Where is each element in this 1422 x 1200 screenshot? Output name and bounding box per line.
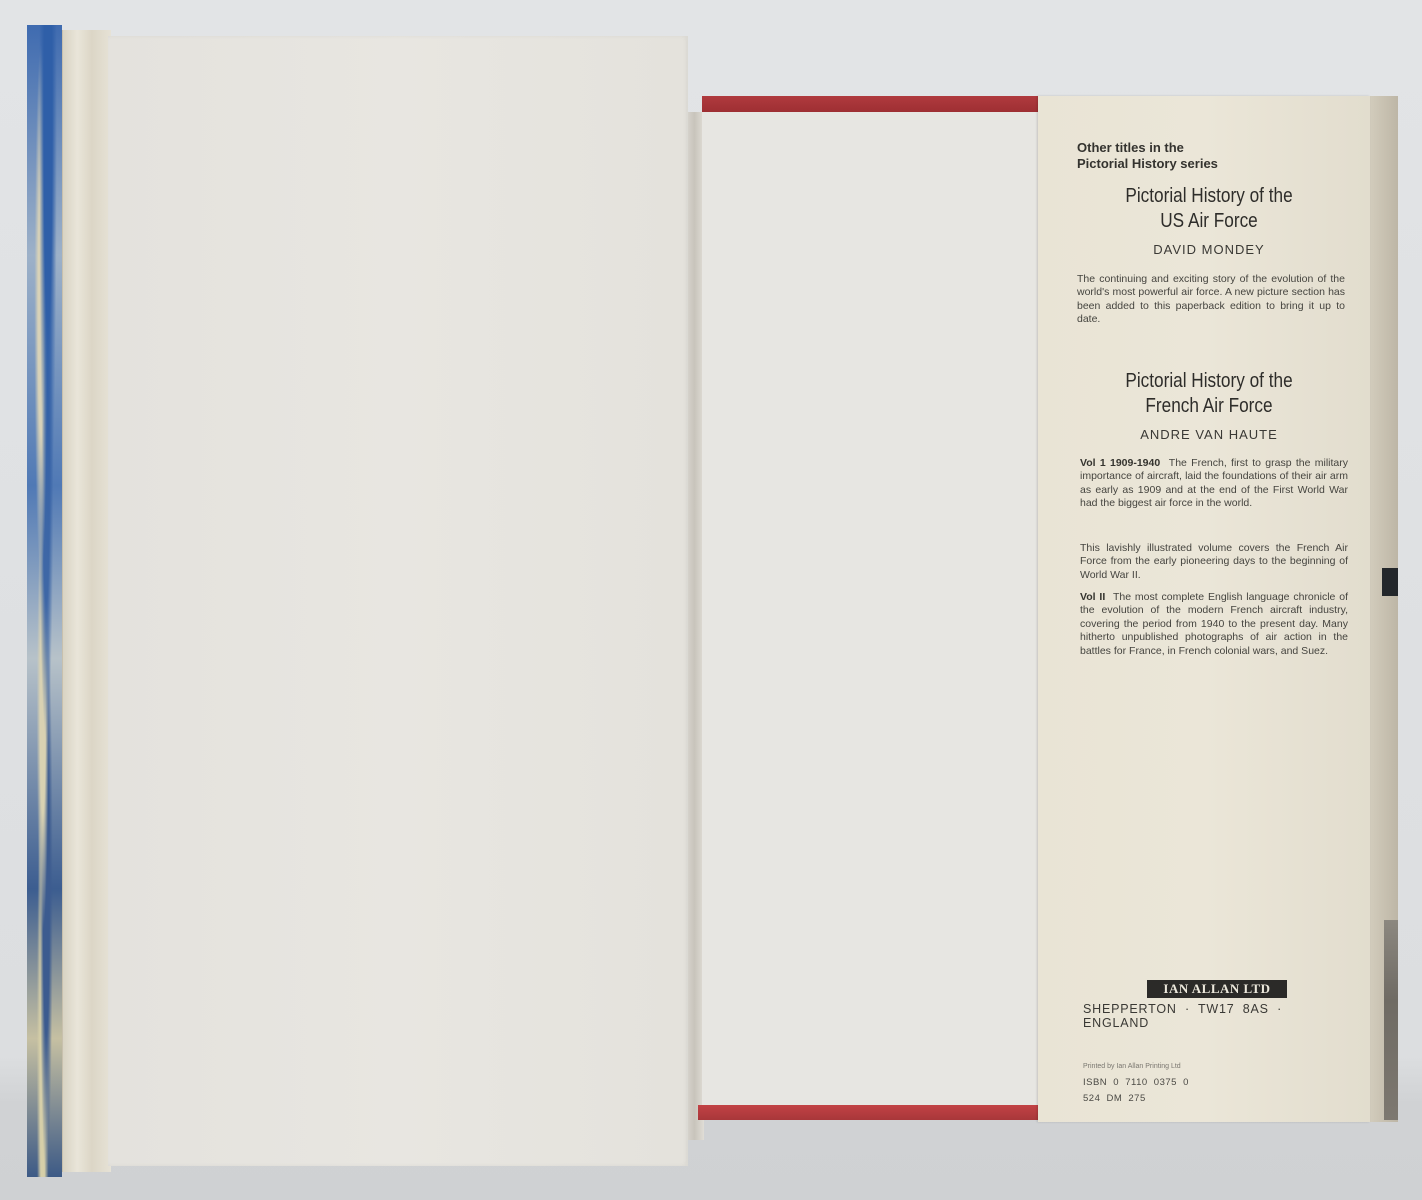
book-title-french-air-force: Pictorial History of the French Air Forc… — [1093, 369, 1325, 419]
isbn: ISBN 0 7110 0375 0 — [1083, 1077, 1189, 1088]
jacket-fold-mark — [1382, 568, 1398, 596]
series-heading: Other titles in the Pictorial History se… — [1077, 140, 1337, 172]
blurb-vol-2: Vol II The most complete English languag… — [1080, 591, 1348, 658]
printer-credit: Printed by Ian Allan Printing Ltd — [1083, 1063, 1181, 1070]
blurb-text: The continuing and exciting story of the… — [1077, 273, 1345, 325]
author-david-mondey: DAVID MONDEY — [1074, 242, 1344, 257]
right-endpaper — [702, 112, 1042, 1105]
blurb-text: The most complete English language chron… — [1080, 591, 1348, 657]
book-spine-cover-edge — [27, 25, 62, 1177]
jacket-back-edge — [1384, 920, 1398, 1120]
blurb-text: This lavishly illustrated volume covers … — [1080, 542, 1348, 581]
blurb-lavishly-illustrated: This lavishly illustrated volume covers … — [1080, 542, 1348, 582]
red-board-edge-bottom — [698, 1105, 1042, 1120]
title-line: Pictorial History of the — [1093, 184, 1325, 209]
catalogue-code: 524 DM 275 — [1083, 1093, 1146, 1104]
blurb-vol-1: Vol 1 1909-1940 The French, first to gra… — [1080, 457, 1348, 511]
vol-1-label: Vol 1 1909-1940 — [1080, 457, 1160, 469]
blurb-us-air-force: The continuing and exciting story of the… — [1077, 273, 1345, 327]
book-title-us-air-force: Pictorial History of the US Air Force — [1093, 184, 1325, 234]
series-heading-line: Other titles in the — [1077, 140, 1337, 156]
title-line: Pictorial History of the — [1093, 369, 1325, 394]
author-andre-van-haute: ANDRE VAN HAUTE — [1074, 427, 1344, 442]
publisher-address: SHEPPERTON · TW17 8AS · ENGLAND — [1083, 1002, 1353, 1030]
title-line: US Air Force — [1093, 209, 1325, 234]
series-heading-line: Pictorial History series — [1077, 156, 1337, 172]
title-line: French Air Force — [1093, 394, 1325, 419]
vol-2-label: Vol II — [1080, 591, 1105, 603]
left-endpaper — [108, 36, 688, 1166]
publisher-logo: IAN ALLAN LTD — [1147, 980, 1287, 998]
page-block-edge — [62, 30, 111, 1172]
red-board-edge-top — [702, 96, 1042, 112]
